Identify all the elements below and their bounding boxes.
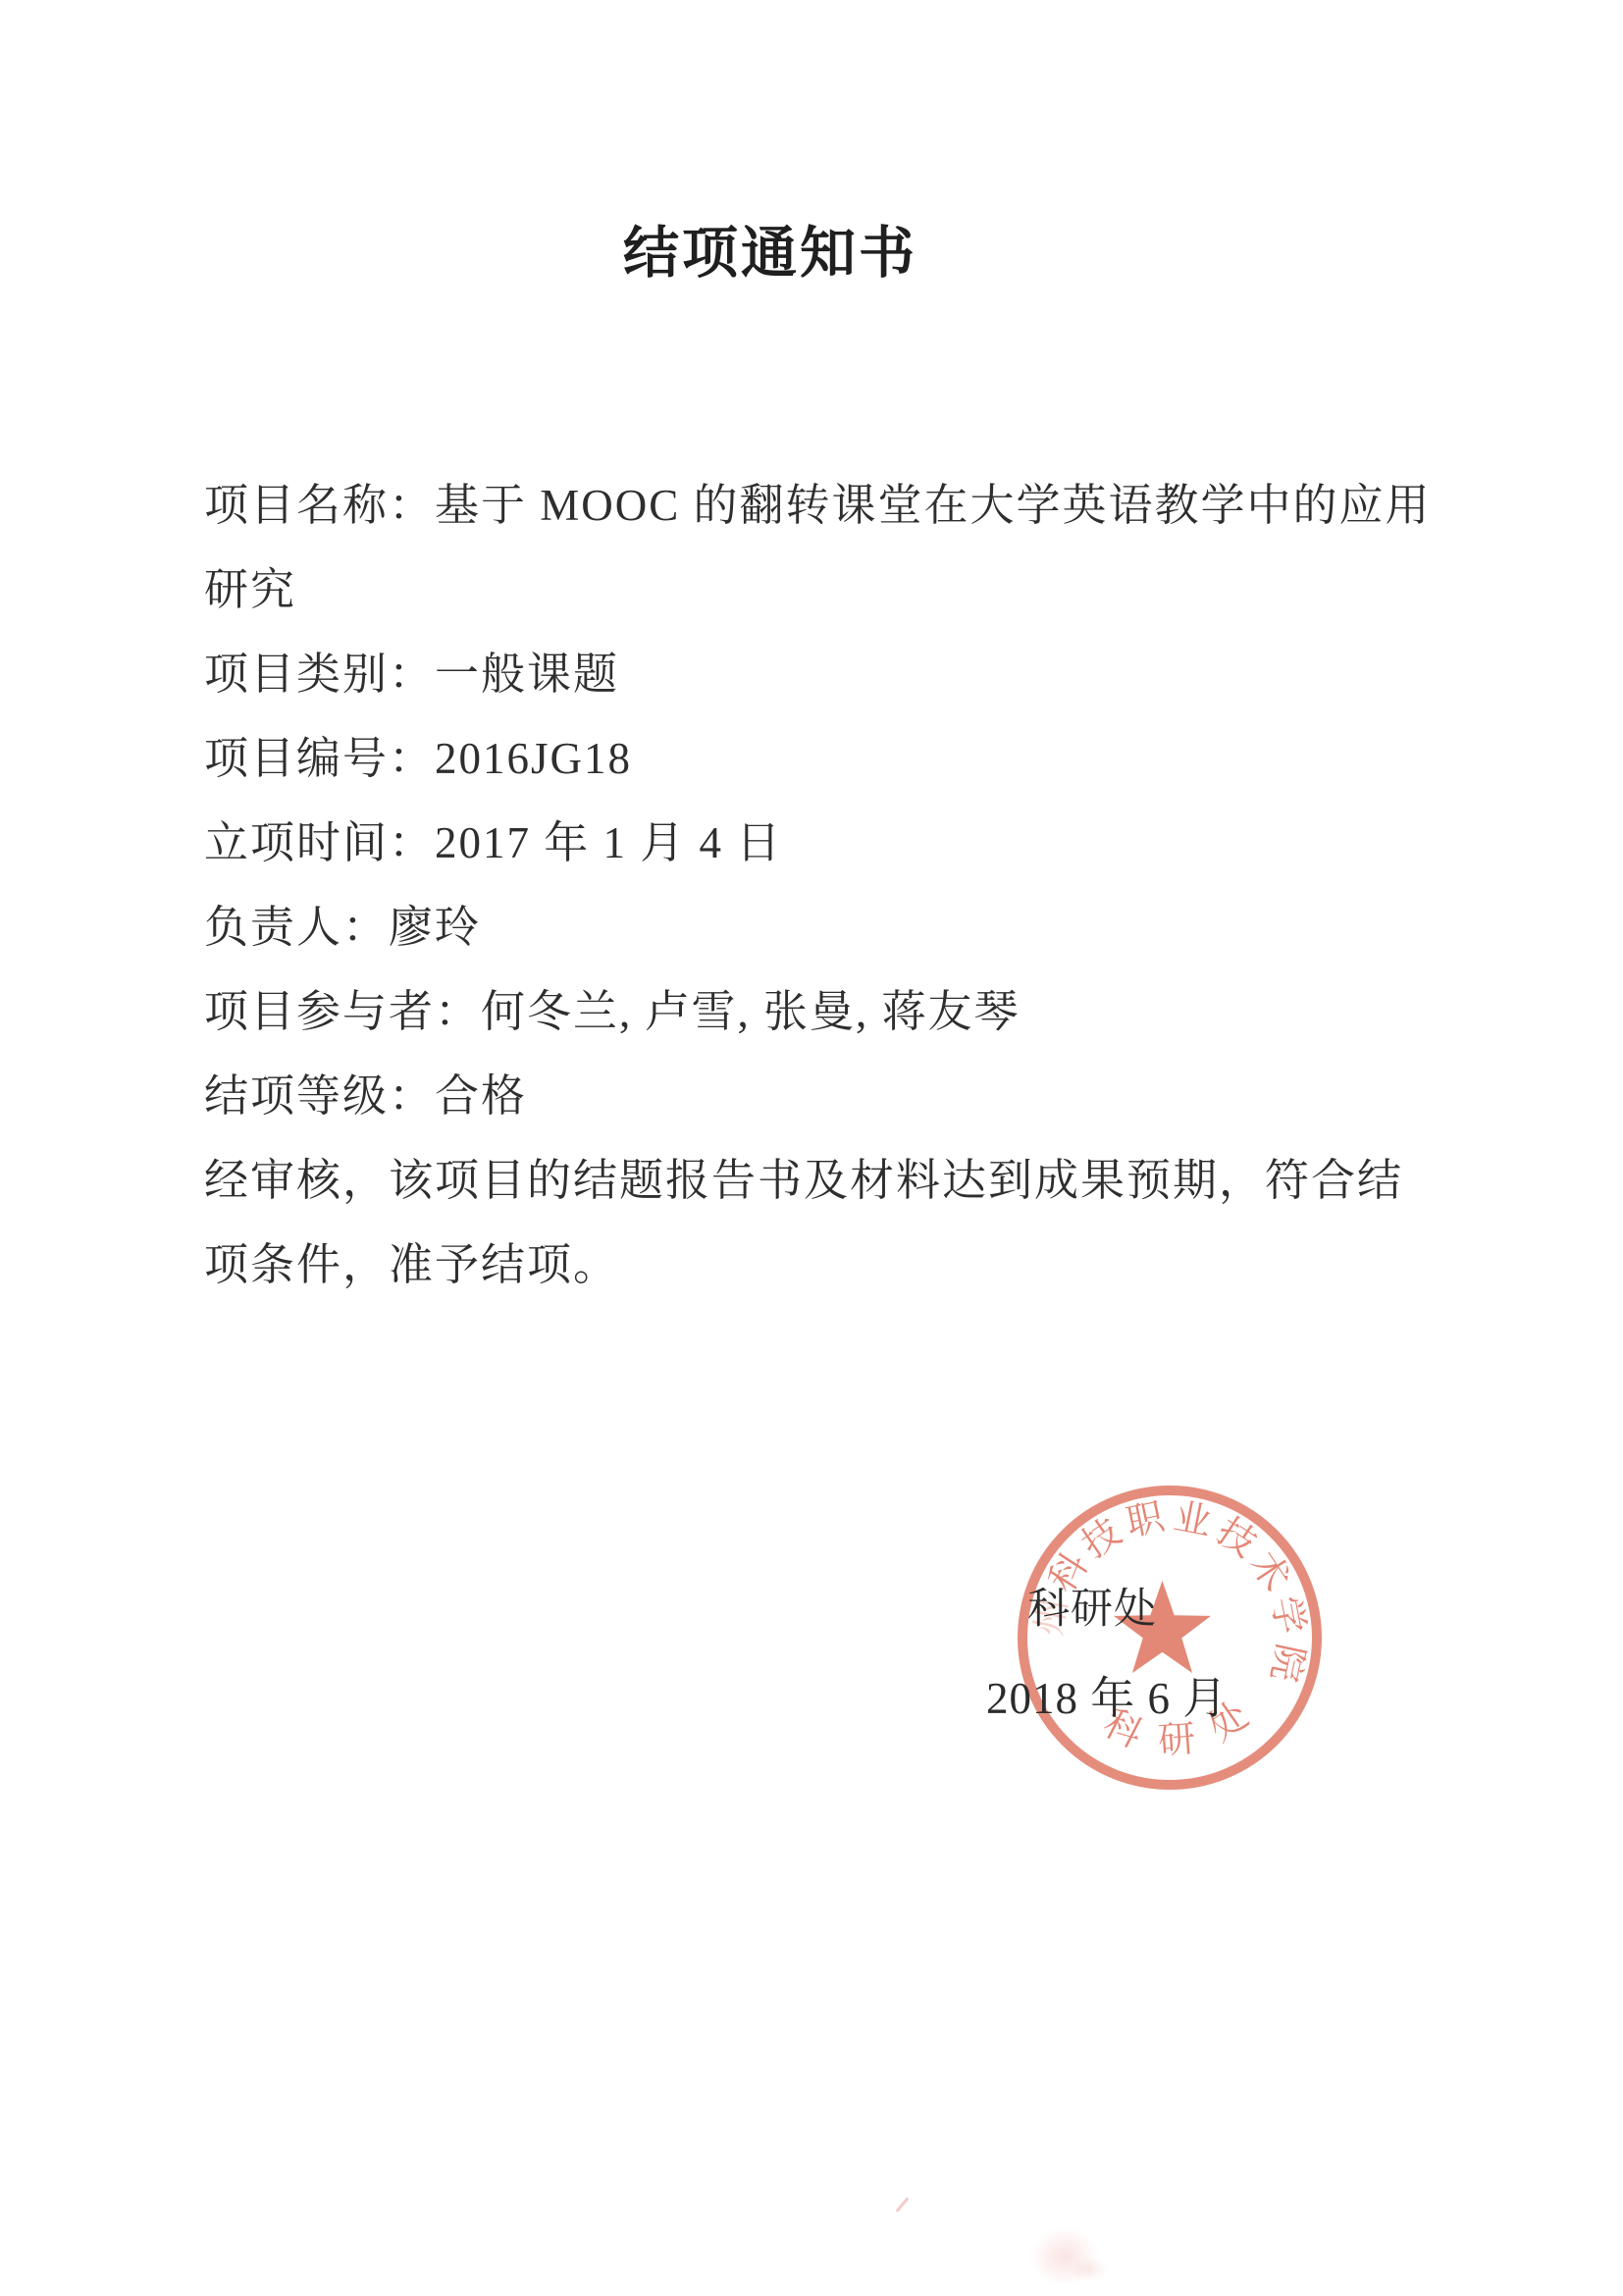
scan-smudge [896, 2197, 910, 2213]
scan-smudge [1070, 2257, 1109, 2282]
body-line-conclusion-2: 项条件，准予结项。 [204, 1223, 1382, 1307]
body-line-leader: 负责人：廖玲 [204, 885, 1382, 969]
body-line-project-name: 项目名称：基于 MOOC 的翻转课堂在大学英语教学中的应用 [204, 463, 1382, 548]
seal-ring-char: 院 [1263, 1640, 1311, 1685]
official-red-seal: 州 科 技 职 业 技 术 学 院 科 研 处 [1013, 1481, 1327, 1795]
body-line-project-category: 项目类别：一般课题 [204, 632, 1382, 716]
body-line-grade: 结项等级：合格 [204, 1054, 1382, 1138]
body-line-project-number: 项目编号：2016JG18 [204, 716, 1382, 801]
scanned-document-page: 结项通知书 项目名称：基于 MOOC 的翻转课堂在大学英语教学中的应用 研究 项… [0, 0, 1623, 2296]
signature-department: 科研处 [1027, 1576, 1157, 1636]
signature-date: 2018 年 6 月 [986, 1662, 1228, 1726]
seal-ring-char: 学 [1264, 1593, 1311, 1638]
seal-ring-char: 业 [1171, 1496, 1215, 1543]
document-body: 项目名称：基于 MOOC 的翻转课堂在大学英语教学中的应用 研究 项目类别：一般… [204, 463, 1382, 1307]
seal-ring-char: 职 [1123, 1496, 1169, 1544]
document-title: 结项通知书 [0, 208, 1541, 288]
body-line-project-name-wrap: 研究 [204, 548, 1382, 632]
body-line-conclusion-1: 经审核，该项目的结题报告书及材料达到成果预期，符合结 [204, 1138, 1382, 1223]
body-line-start-date: 立项时间：2017 年 1 月 4 日 [204, 801, 1382, 885]
body-line-participants: 项目参与者：何冬兰, 卢雪, 张曼, 蒋友琴 [204, 969, 1382, 1054]
